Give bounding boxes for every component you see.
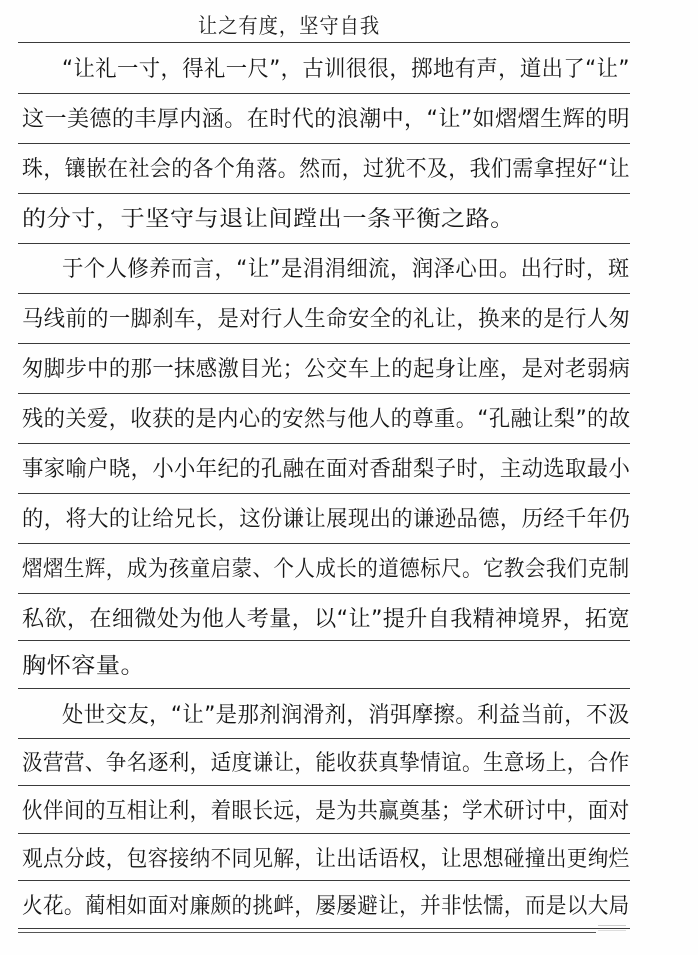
essay-line-17: 观点分歧，包容接纳不同见解，让出话语权，让思想碰撞出更绚烂 [22,840,634,880]
ruled-line [18,243,630,244]
essay-line-14: 处世交友，“让”是那剂润滑剂，消弭摩擦。利益当前，不汲 [62,696,634,736]
line-text: 于个人修养而言，“让”是涓涓细流，润泽心田。出行时，斑 [62,250,630,290]
essay-line-18: 火花。蔺相如面对廉颇的挑衅，屡屡避让，并非怯懦，而是以大局 [22,887,634,927]
ruled-line [18,493,630,494]
line-text: 汲营营、争名逐利，适度谦让，能收获真挚情谊。生意场上，合作 [22,744,630,784]
ruled-line [18,833,630,834]
essay-line-3: 珠，镶嵌在社会的各个角落。然而，过犹不及，我们需拿捏好“让 [22,150,634,190]
essay-line-13: 胸怀容量。 [22,647,634,687]
essay-line-10: 的，将大的让给兄长，这份谦让展现出的谦逊品德，历经千年仍 [22,500,634,540]
line-text: 熠熠生辉，成为孩童启蒙、个人成长的道德标尺。它教会我们克制 [22,550,630,590]
ruled-line [18,688,630,689]
line-text: 珠，镶嵌在社会的各个角落。然而，过犹不及，我们需拿捏好“让 [22,150,630,190]
ruled-line [18,42,630,43]
line-text: 的，将大的让给兄长，这份谦让展现出的谦逊品德，历经千年仍 [22,500,630,540]
ruled-line-double [18,928,630,929]
essay-line-12: 私欲，在细微处为他人考量，以“让”提升自我精神境界，拓宽 [22,600,634,640]
line-text: 处世交友，“让”是那剂润滑剂，消弭摩擦。利益当前，不汲 [62,696,630,736]
essay-line-6: 马线前的一脚刹车，是对行人生命安全的礼让，换来的是行人匆 [22,300,634,340]
ruled-line [18,143,630,144]
line-text: 这一美德的丰厚内涵。在时代的浪潮中，“让”如熠熠生辉的明 [22,100,630,140]
ruled-line [18,543,630,544]
line-text: 事家喻户晓，小小年纪的孔融在面对香甜梨子时，主动选取最小 [22,450,630,490]
line-text: 伙伴间的互相让利，着眼长远，是为共赢奠基；学术研讨中，面对 [22,792,630,832]
ruled-line [18,738,630,739]
essay-title: 让之有度，坚守自我 [0,10,698,40]
ruled-line [18,785,630,786]
ruled-line [18,193,630,194]
ruled-line [18,343,630,344]
ruled-line [18,593,630,594]
line-text: 观点分歧，包容接纳不同见解，让出话语权，让思想碰撞出更绚烂 [22,840,630,880]
essay-line-8: 残的关爱，收获的是内心的安然与他人的尊重。“孔融让梨”的故 [22,400,634,440]
essay-line-16: 伙伴间的互相让利，着眼长远，是为共赢奠基；学术研讨中，面对 [22,792,634,832]
ruled-line [18,443,630,444]
essay-line-9: 事家喻户晓，小小年纪的孔融在面对香甜梨子时，主动选取最小 [22,450,634,490]
essay-line-2: 这一美德的丰厚内涵。在时代的浪潮中，“让”如熠熠生辉的明 [22,100,634,140]
essay-line-4: 的分寸，于坚守与退让间蹚出一条平衡之路。 [22,200,634,240]
ruled-line [18,293,630,294]
essay-line-7: 匆脚步中的那一抹感激目光；公交车上的起身让座，是对老弱病 [22,350,634,390]
line-text: 私欲，在细微处为他人考量，以“让”提升自我精神境界，拓宽 [22,600,630,640]
essay-line-1: “让礼一寸，得礼一尺”，古训很很，掷地有声，道出了“让” [62,50,634,90]
ruled-line [18,640,630,641]
handwritten-essay-page: 让之有度，坚守自我 “让礼一寸，得礼一尺”，古训很很，掷地有声，道出了“让” 这… [0,0,698,955]
line-text: 胸怀容量。 [22,647,145,687]
essay-line-15: 汲营营、争名逐利，适度谦让，能收获真挚情谊。生意场上，合作 [22,744,634,784]
ruled-line [18,880,630,881]
line-text: 火花。蔺相如面对廉颇的挑衅，屡屡避让，并非怯懦，而是以大局 [22,887,630,927]
page-mark [598,925,626,931]
line-text: 匆脚步中的那一抹感激目光；公交车上的起身让座，是对老弱病 [22,350,630,390]
essay-title-text: 让之有度，坚守自我 [198,10,380,40]
line-text: 马线前的一脚刹车，是对行人生命安全的礼让，换来的是行人匆 [22,300,630,340]
ruled-line [18,393,630,394]
line-text: “让礼一寸，得礼一尺”，古训很很，掷地有声，道出了“让” [62,50,630,90]
ruled-line [18,93,630,94]
line-text: 残的关爱，收获的是内心的安然与他人的尊重。“孔融让梨”的故 [22,400,630,440]
line-text: 的分寸，于坚守与退让间蹚出一条平衡之路。 [22,200,515,240]
essay-line-11: 熠熠生辉，成为孩童启蒙、个人成长的道德标尺。它教会我们克制 [22,550,634,590]
essay-line-5: 于个人修养而言，“让”是涓涓细流，润泽心田。出行时，斑 [62,250,634,290]
